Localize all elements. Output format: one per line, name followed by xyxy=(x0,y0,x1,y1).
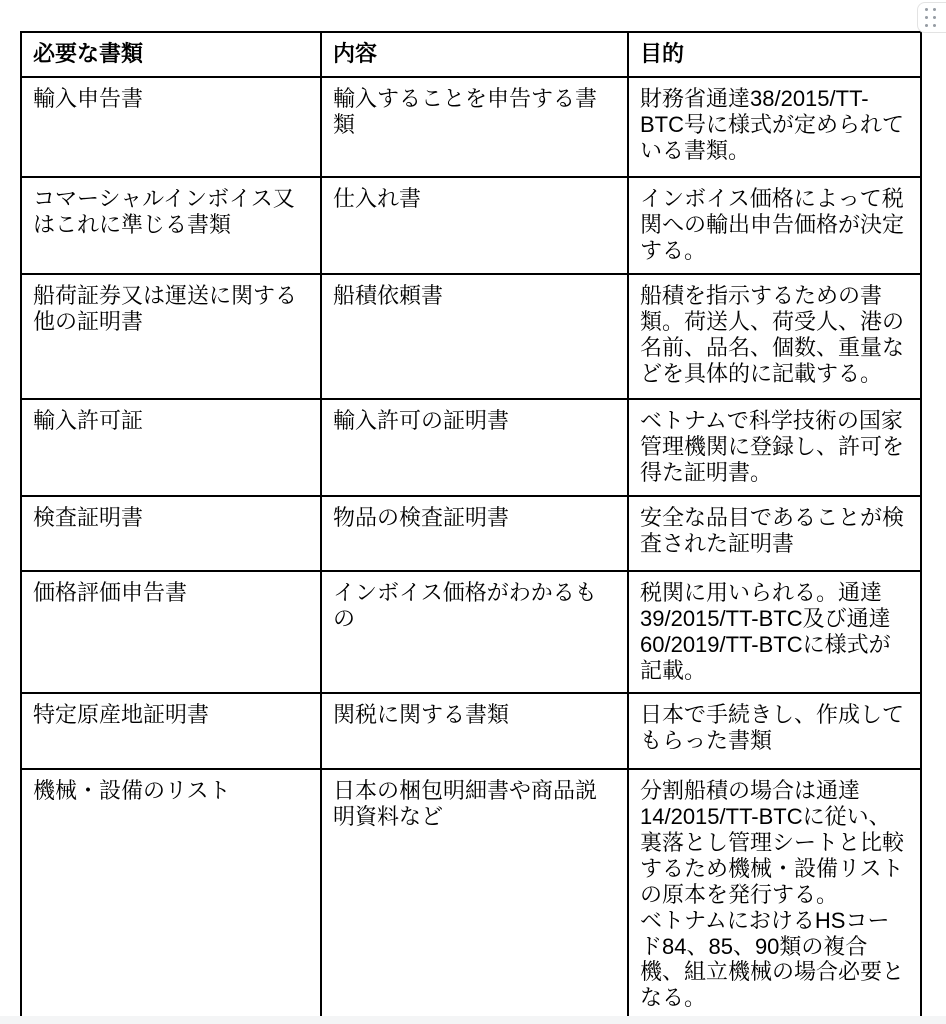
cell-document: コマーシャルインボイス又はこれに準じる書類 xyxy=(21,177,321,274)
header-content: 内容 xyxy=(321,32,628,77)
header-row: 必要な書類 内容 目的 xyxy=(21,32,921,77)
cell-content: 関税に関する書類 xyxy=(321,693,628,769)
table-row: コマーシャルインボイス又はこれに準じる書類 仕入れ書 インボイス価格によって税関… xyxy=(21,177,921,274)
cell-purpose: インボイス価格によって税関への輸出申告価格が決定する。 xyxy=(628,177,921,274)
cell-document: 価格評価申告書 xyxy=(21,571,321,693)
table-row: 特定原産地証明書 関税に関する書類 日本で手続きし、作成してもらった書類 xyxy=(21,693,921,769)
cell-content: 輸入許可の証明書 xyxy=(321,399,628,496)
table-row: 価格評価申告書 インボイス価格がわかるもの 税関に用いられる。通達39/2015… xyxy=(21,571,921,693)
cell-content: 日本の梱包明細書や商品説明資料など xyxy=(321,769,628,1021)
cell-document: 検査証明書 xyxy=(21,496,321,571)
required-documents-table: 必要な書類 内容 目的 輸入申告書 輸入することを申告する書類 財務省通達38/… xyxy=(20,31,922,1021)
dot xyxy=(933,8,936,11)
grid-dots-icon xyxy=(925,8,936,27)
cell-document: 特定原産地証明書 xyxy=(21,693,321,769)
dot xyxy=(925,16,928,19)
header-required-documents: 必要な書類 xyxy=(21,32,321,77)
drag-handle-button[interactable] xyxy=(917,2,946,33)
cell-purpose: 日本で手続きし、作成してもらった書類 xyxy=(628,693,921,769)
cell-purpose: 税関に用いられる。通達39/2015/TT-BTC及び通達60/2019/TT-… xyxy=(628,571,921,693)
header-purpose: 目的 xyxy=(628,32,921,77)
table-row: 検査証明書 物品の検査証明書 安全な品目であることが検査された証明書 xyxy=(21,496,921,571)
dot xyxy=(933,16,936,19)
cell-document: 輸入申告書 xyxy=(21,77,321,177)
cell-purpose: 船積を指示するための書類。荷送人、荷受人、港の名前、品名、個数、重量などを具体的… xyxy=(628,274,921,399)
table-row: 船荷証券又は運送に関する他の証明書 船積依頼書 船積を指示するための書類。荷送人… xyxy=(21,274,921,399)
cell-content: 船積依頼書 xyxy=(321,274,628,399)
cell-purpose: ベトナムで科学技術の国家管理機関に登録し、許可を得た証明書。 xyxy=(628,399,921,496)
cell-document: 船荷証券又は運送に関する他の証明書 xyxy=(21,274,321,399)
cell-purpose: 財務省通達38/2015/TT-BTC号に様式が定められている書類。 xyxy=(628,77,921,177)
table-row: 機械・設備のリスト 日本の梱包明細書や商品説明資料など 分割船積の場合は通達14… xyxy=(21,769,921,1021)
page-bottom-edge xyxy=(0,1016,946,1024)
cell-content: 仕入れ書 xyxy=(321,177,628,274)
table-row: 輸入申告書 輸入することを申告する書類 財務省通達38/2015/TT-BTC号… xyxy=(21,77,921,177)
dot xyxy=(933,24,936,27)
cell-content: 輸入することを申告する書類 xyxy=(321,77,628,177)
cell-content: インボイス価格がわかるもの xyxy=(321,571,628,693)
cell-document: 輸入許可証 xyxy=(21,399,321,496)
cell-purpose: 分割船積の場合は通達14/2015/TT-BTCに従い、裏落とし管理シートと比較… xyxy=(628,769,921,1021)
dot xyxy=(925,8,928,11)
cell-content: 物品の検査証明書 xyxy=(321,496,628,571)
dot xyxy=(925,24,928,27)
table-row: 輸入許可証 輸入許可の証明書 ベトナムで科学技術の国家管理機関に登録し、許可を得… xyxy=(21,399,921,496)
cell-purpose: 安全な品目であることが検査された証明書 xyxy=(628,496,921,571)
cell-document: 機械・設備のリスト xyxy=(21,769,321,1021)
